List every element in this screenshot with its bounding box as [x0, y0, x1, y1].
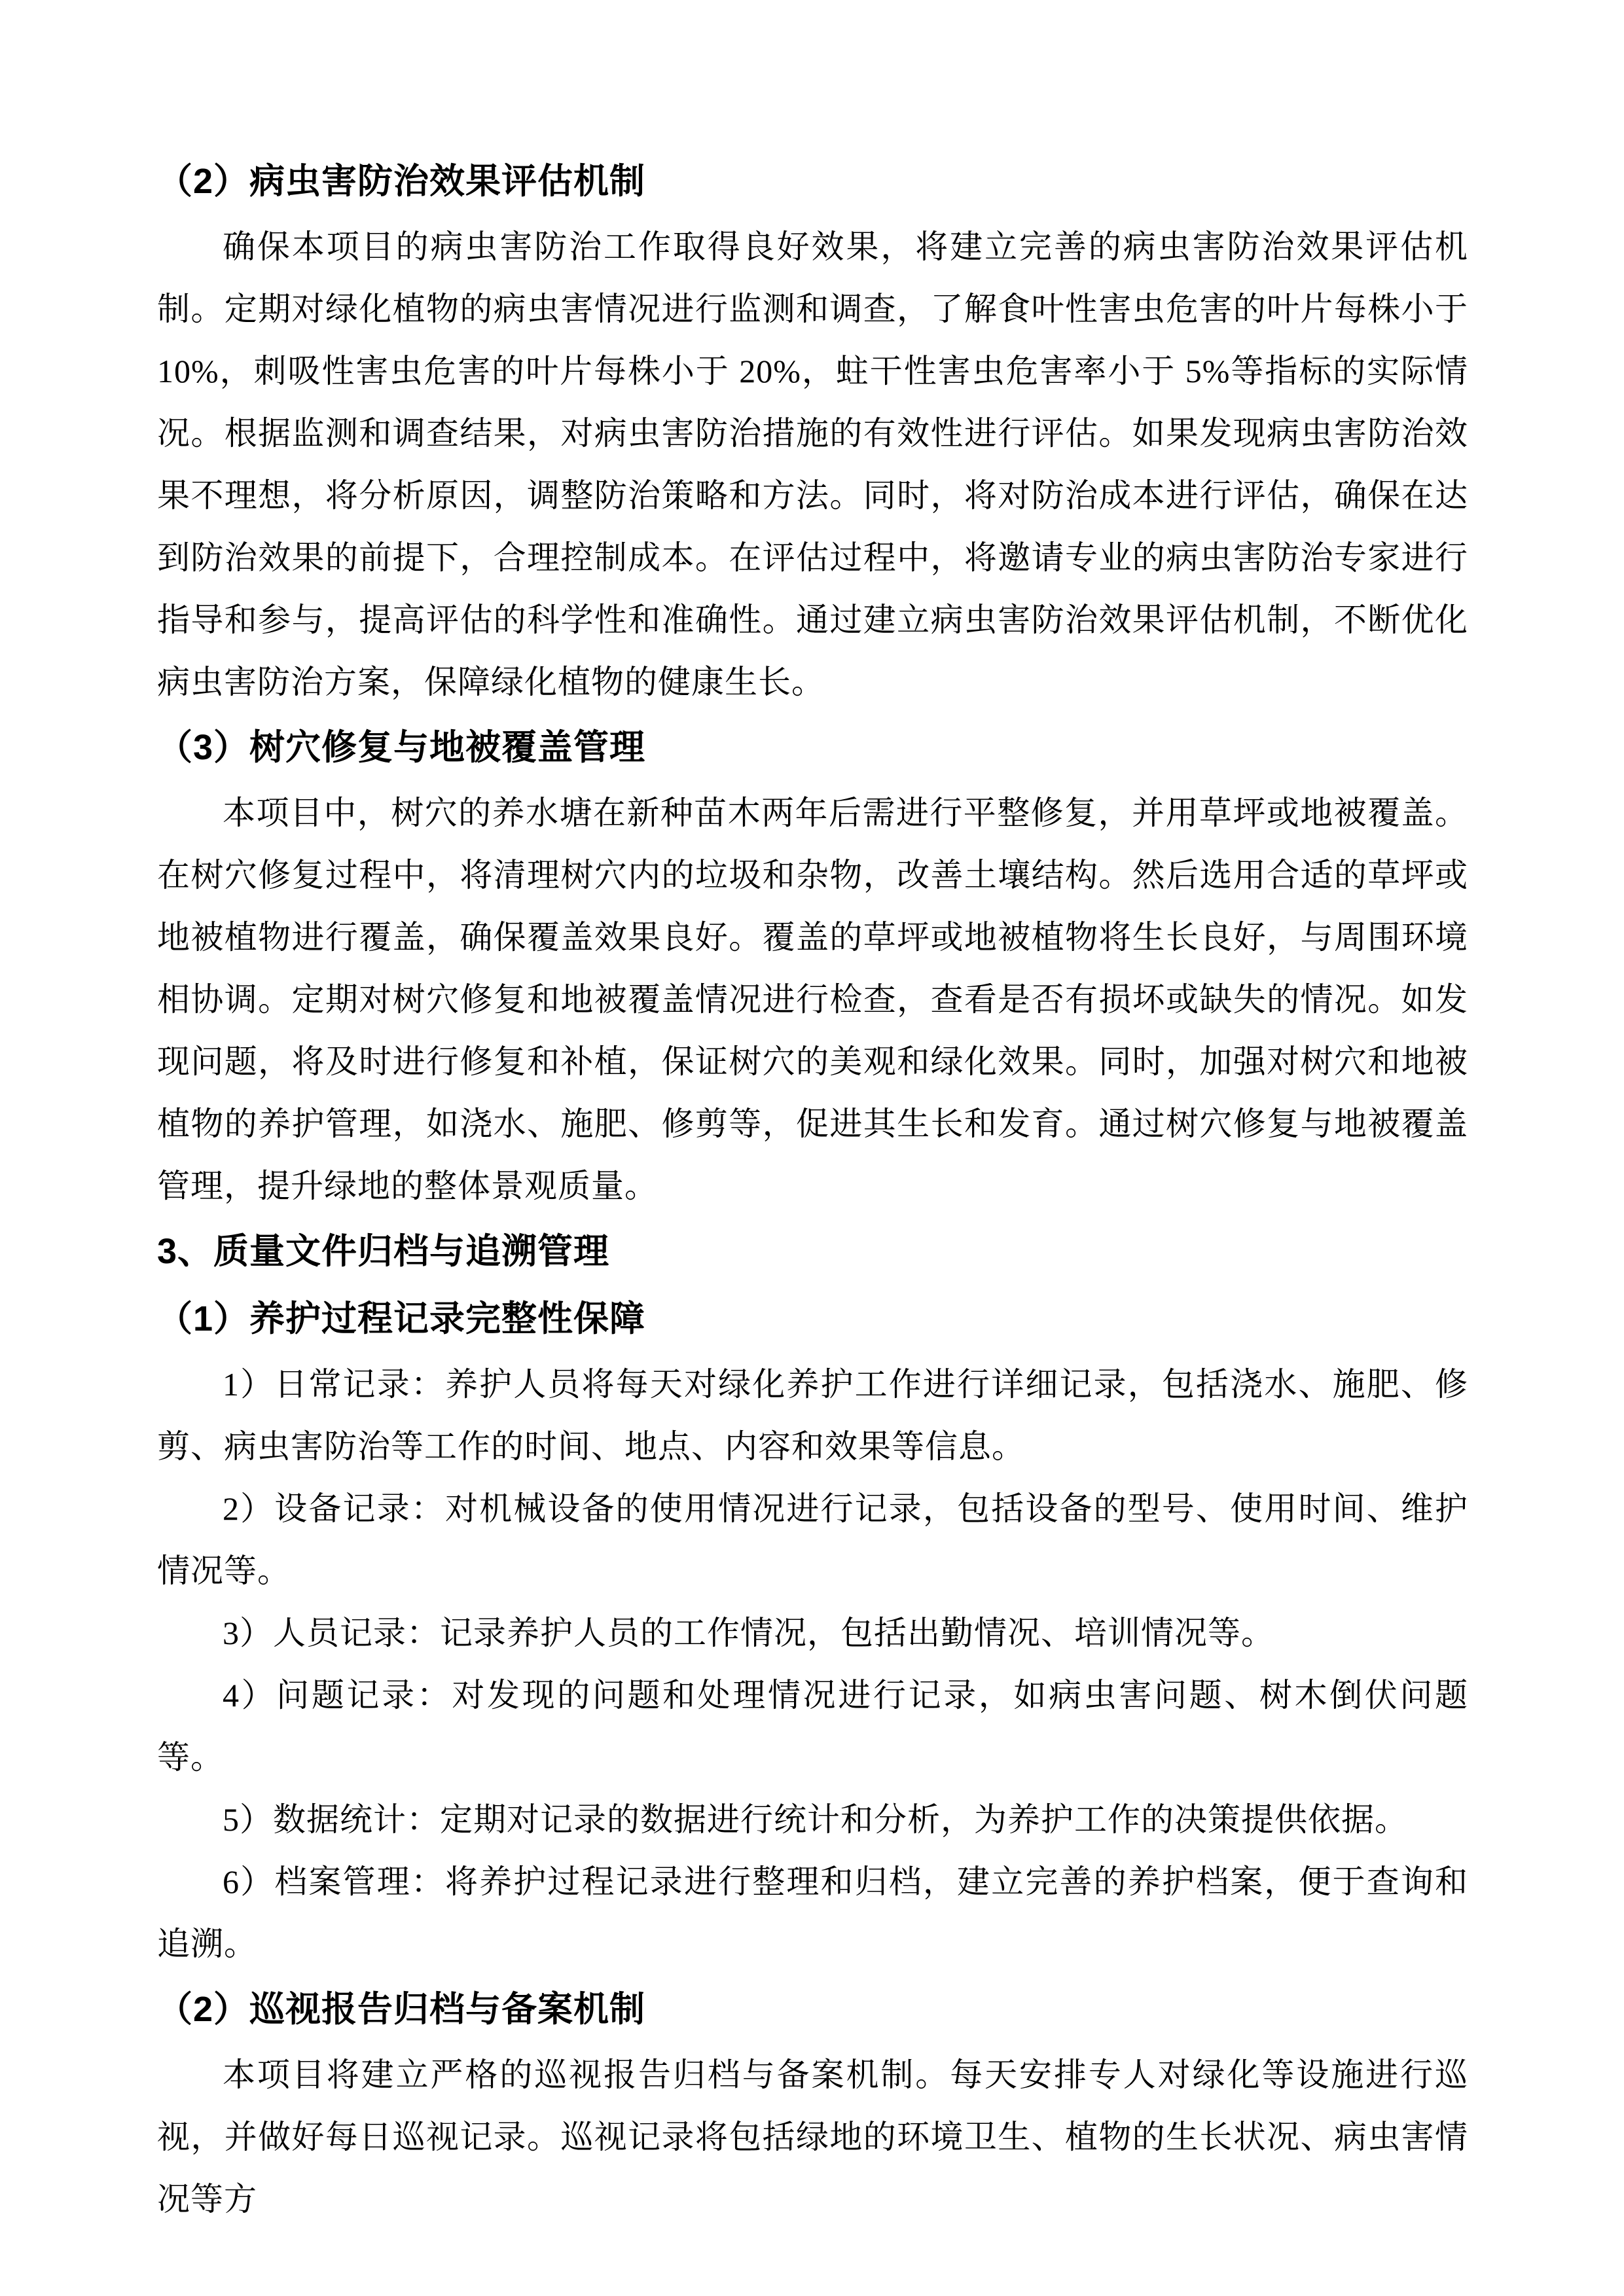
list-item-daily-record: 1）日常记录：养护人员将每天对绿化养护工作进行详细记录，包括浇水、施肥、修剪、病… — [157, 1354, 1468, 1478]
section-heading-inspection-report-archiving: （2）巡视报告归档与备案机制 — [157, 1977, 1468, 2043]
list-item-problem-record: 4）问题记录：对发现的问题和处理情况进行记录，如病虫害问题、树木倒伏问题等。 — [157, 1664, 1468, 1789]
section-heading-pest-control-evaluation: （2）病虫害防治效果评估机制 — [157, 149, 1468, 215]
chapter-heading-quality-file-archiving: 3、质量文件归档与追溯管理 — [157, 1219, 1468, 1285]
list-item-data-statistics: 5）数据统计：定期对记录的数据进行统计和分析，为养护工作的决策提供依据。 — [157, 1789, 1468, 1851]
list-item-equipment-record: 2）设备记录：对机械设备的使用情况进行记录，包括设备的型号、使用时间、维护情况等… — [157, 1478, 1468, 1602]
paragraph-inspection-report-archiving: 本项目将建立严格的巡视报告归档与备案机制。每天安排专人对绿化等设施进行巡视，并做… — [157, 2044, 1468, 2231]
section-heading-maintenance-record-integrity: （1）养护过程记录完整性保障 — [157, 1286, 1468, 1352]
paragraph-pest-control-evaluation: 确保本项目的病虫害防治工作取得良好效果，将建立完善的病虫害防治效果评估机制。定期… — [157, 216, 1468, 713]
document-page: （2）病虫害防治效果评估机制 确保本项目的病虫害防治工作取得良好效果，将建立完善… — [0, 0, 1624, 2296]
list-item-archive-management: 6）档案管理：将养护过程记录进行整理和归档，建立完善的养护档案，便于查询和追溯。 — [157, 1851, 1468, 1975]
list-item-personnel-record: 3）人员记录：记录养护人员的工作情况，包括出勤情况、培训情况等。 — [157, 1602, 1468, 1664]
section-heading-tree-pit-repair: （3）树穴修复与地被覆盖管理 — [157, 715, 1468, 781]
paragraph-tree-pit-repair: 本项目中，树穴的养水塘在新种苗木两年后需进行平整修复，并用草坪或地被覆盖。在树穴… — [157, 782, 1468, 1217]
